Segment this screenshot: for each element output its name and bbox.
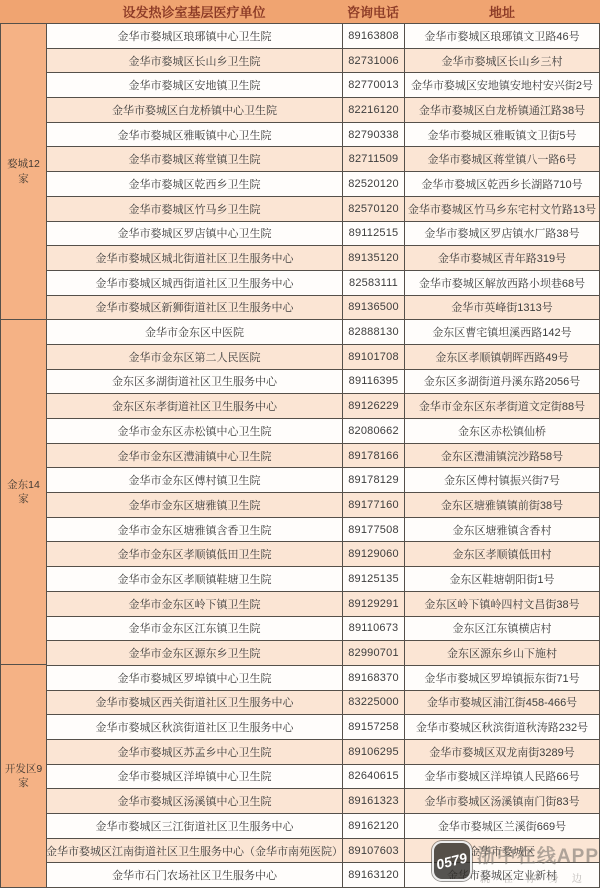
table-row: 金华市婺城区罗埠镇中心卫生院89168370金华市婺城区罗埠镇振东街71号 — [47, 666, 599, 691]
phone-cell: 89135120 — [343, 246, 405, 270]
phone-cell: 82583111 — [343, 271, 405, 295]
phone-cell: 82790338 — [343, 123, 405, 147]
table-row: 金华市金东区塘雅镇卫生院89177160金东区塘雅镇镇前街38号 — [47, 493, 599, 518]
table-row: 金华市金东区江东镇卫生院89110673金东区江东镇横店村 — [47, 617, 599, 642]
address-cell: 金东区曹宅镇坦溪西路142号 — [405, 320, 599, 344]
table-row: 金华市婺城区雅畈镇中心卫生院82790338金华市婺城区雅畈镇文卫街5号 — [47, 123, 599, 148]
table-row: 金华市婺城区西关街道社区卫生服务中心83225000金华市婺城区浦江街458-4… — [47, 691, 599, 716]
unit-name-cell: 金华市婺城区蒋堂镇卫生院 — [47, 147, 343, 171]
table-row: 金华市婺城区琅琊镇中心卫生院89163808金华市婺城区琅琊镇文卫路46号 — [47, 24, 599, 49]
phone-cell: 89101708 — [343, 345, 405, 369]
unit-name-cell: 金华市婺城区白龙桥镇中心卫生院 — [47, 98, 343, 122]
unit-name-cell: 金华市婺城区三江街道社区卫生服务中心 — [47, 814, 343, 838]
phone-cell: 89110673 — [343, 617, 405, 641]
address-cell: 金华市婺城区解放西路小坝巷68号 — [405, 271, 599, 295]
table-row: 金华市金东区岭下镇卫生院89129291金东区岭下镇岭四村文昌街38号 — [47, 592, 599, 617]
unit-name-cell: 金华市婺城区罗店镇中心卫生院 — [47, 222, 343, 246]
unit-name-cell: 金华市婺城区秋滨街道社区卫生服务中心 — [47, 715, 343, 739]
phone-cell: 89129060 — [343, 542, 405, 566]
address-cell: 金东区塘雅镇镇前街38号 — [405, 493, 599, 517]
table-row: 金华市婺城区汤溪镇中心卫生院89161323金华市婺城区汤溪镇南门街83号 — [47, 789, 599, 814]
unit-name-cell: 金华市婺城区琅琊镇中心卫生院 — [47, 24, 343, 48]
unit-name-cell: 金华市金东区中医院 — [47, 320, 343, 344]
unit-name-cell: 金华市婺城区西关街道社区卫生服务中心 — [47, 691, 343, 715]
unit-name-cell: 金华市婺城区城北街道社区卫生服务中心 — [47, 246, 343, 270]
phone-cell: 82640615 — [343, 765, 405, 789]
table-body: 婺城12家金东14家开发区9家 金华市婺城区琅琊镇中心卫生院89163808金华… — [0, 24, 600, 888]
phone-cell: 82080662 — [343, 419, 405, 443]
address-cell: 金东区澧浦镇浣沙路58号 — [405, 444, 599, 468]
unit-name-cell: 金华市金东区源东乡卫生院 — [47, 641, 343, 665]
unit-name-cell: 金华市金东区第二人民医院 — [47, 345, 343, 369]
phone-cell: 89177508 — [343, 518, 405, 542]
unit-name-cell: 金华市金东区塘雅镇卫生院 — [47, 493, 343, 517]
address-cell: 金华市婺城区兰溪街669号 — [405, 814, 599, 838]
table-row: 金华市金东区澧浦镇中心卫生院89178166金东区澧浦镇浣沙路58号 — [47, 444, 599, 469]
header-group-cell — [0, 0, 46, 23]
table-row: 金华市婺城区白龙桥镇中心卫生院82216120金华市婺城区白龙桥镇通江路38号 — [47, 98, 599, 123]
address-cell: 金华市婺城区罗埠镇振东街71号 — [405, 666, 599, 690]
fever-clinic-table-page: 设发热诊室基层医疗单位 咨询电话 地址 婺城12家金东14家开发区9家 金华市婺… — [0, 0, 600, 888]
group-label: 婺城12家 — [1, 24, 46, 320]
address-cell: 金华市金东区东孝街道文定街88号 — [405, 394, 599, 418]
unit-name-cell: 金华市金东区江东镇卫生院 — [47, 617, 343, 641]
address-cell: 金华市婺城区雅畈镇文卫街5号 — [405, 123, 599, 147]
phone-cell: 89112515 — [343, 222, 405, 246]
address-cell: 金东区塘雅镇含香村 — [405, 518, 599, 542]
address-cell: 金东区源东乡山下施村 — [405, 641, 599, 665]
table-row: 金华市婺城区竹马乡卫生院82570120金华市婺城区竹马乡东宅村文竹路13号 — [47, 197, 599, 222]
header-unit: 设发热诊室基层医疗单位 — [46, 0, 342, 23]
address-cell: 金华市婺城区蒋堂镇八一路6号 — [405, 147, 599, 171]
table-row: 金华市婺城区洋埠镇中心卫生院82640615金华市婺城区洋埠镇人民路66号 — [47, 765, 599, 790]
table-row: 金华市婺城区城西街道社区卫生服务中心82583111金华市婺城区解放西路小坝巷6… — [47, 271, 599, 296]
address-cell: 金华市婺城区长山乡三村 — [405, 49, 599, 73]
unit-name-cell: 金华市婺城区雅畈镇中心卫生院 — [47, 123, 343, 147]
phone-cell: 89177160 — [343, 493, 405, 517]
group-column: 婺城12家金东14家开发区9家 — [1, 24, 47, 887]
unit-name-cell: 金东区东孝街道社区卫生服务中心 — [47, 394, 343, 418]
table-row: 金华市婺城区城北街道社区卫生服务中心89135120金华市婺城区青年路319号 — [47, 246, 599, 271]
unit-name-cell: 金华市婺城区江南街道社区卫生服务中心（金华市南苑医院） — [47, 839, 343, 863]
table-row: 金东区多湖街道社区卫生服务中心89116395金东区多湖街道丹溪东路2056号 — [47, 370, 599, 395]
unit-name-cell: 金华市婺城区洋埠镇中心卫生院 — [47, 765, 343, 789]
unit-name-cell: 金华市婺城区城西街道社区卫生服务中心 — [47, 271, 343, 295]
phone-cell: 82990701 — [343, 641, 405, 665]
phone-cell: 82570120 — [343, 197, 405, 221]
table-row: 金华市婺城区安地镇卫生院82770013金华市婺城区安地镇安地村安兴街2号 — [47, 73, 599, 98]
table-row: 金华市婺城区长山乡卫生院82731006金华市婺城区长山乡三村 — [47, 49, 599, 74]
table-row: 金华市婺城区罗店镇中心卫生院89112515金华市婺城区罗店镇水厂路38号 — [47, 222, 599, 247]
address-cell: 金华市婺城区定业新村 — [405, 863, 599, 887]
phone-cell: 89163808 — [343, 24, 405, 48]
phone-cell: 89136500 — [343, 296, 405, 320]
phone-cell: 89126229 — [343, 394, 405, 418]
group-label: 金东14家 — [1, 320, 46, 665]
table-row: 金华市金东区第二人民医院89101708金东区孝顺镇朝晖西路49号 — [47, 345, 599, 370]
table-row: 金华市婺城区乾西乡卫生院82520120金华市婺城区乾西乡长湖路710号 — [47, 172, 599, 197]
address-cell: 金东区孝顺镇低田村 — [405, 542, 599, 566]
phone-cell: 89116395 — [343, 370, 405, 394]
phone-cell: 89168370 — [343, 666, 405, 690]
table-row: 金华市婺城区江南街道社区卫生服务中心（金华市南苑医院）89107603金华市婺城… — [47, 839, 599, 864]
address-cell: 金东区岭下镇岭四村文昌街38号 — [405, 592, 599, 616]
unit-name-cell: 金华市金东区岭下镇卫生院 — [47, 592, 343, 616]
phone-cell: 82770013 — [343, 73, 405, 97]
address-cell: 金华市婺城区青年路319号 — [405, 246, 599, 270]
table-header: 设发热诊室基层医疗单位 咨询电话 地址 — [0, 0, 600, 24]
header-address: 地址 — [404, 0, 600, 23]
address-cell: 金东区江东镇横店村 — [405, 617, 599, 641]
unit-name-cell: 金华市婺城区乾西乡卫生院 — [47, 172, 343, 196]
address-cell: 金东区傅村镇振兴街7号 — [405, 468, 599, 492]
unit-name-cell: 金华市婺城区新狮街道社区卫生服务中心 — [47, 296, 343, 320]
unit-name-cell: 金华市金东区塘雅镇含香卫生院 — [47, 518, 343, 542]
address-cell: 金东区赤松镇仙桥 — [405, 419, 599, 443]
phone-cell: 82731006 — [343, 49, 405, 73]
table-row: 金华市婺城区三江街道社区卫生服务中心89162120金华市婺城区兰溪街669号 — [47, 814, 599, 839]
unit-name-cell: 金东区多湖街道社区卫生服务中心 — [47, 370, 343, 394]
table-row: 金华市婺城区秋滨街道社区卫生服务中心89157258金华市婺城区秋滨街道秋涛路2… — [47, 715, 599, 740]
group-label: 开发区9家 — [1, 665, 46, 887]
phone-cell: 89157258 — [343, 715, 405, 739]
table-row: 金华市金东区源东乡卫生院82990701金东区源东乡山下施村 — [47, 641, 599, 666]
phone-cell: 89106295 — [343, 740, 405, 764]
unit-name-cell: 金华市婺城区长山乡卫生院 — [47, 49, 343, 73]
phone-cell: 89107603 — [343, 839, 405, 863]
phone-cell: 82216120 — [343, 98, 405, 122]
table-row: 金华市金东区傅村镇卫生院89178129金东区傅村镇振兴街7号 — [47, 468, 599, 493]
table-row: 金华市婺城区蒋堂镇卫生院82711509金华市婺城区蒋堂镇八一路6号 — [47, 147, 599, 172]
address-cell: 金华市婺城区乾西乡长湖路710号 — [405, 172, 599, 196]
address-cell: 金华市婺城区竹马乡东宅村文竹路13号 — [405, 197, 599, 221]
phone-cell: 89163120 — [343, 863, 405, 887]
unit-name-cell: 金华市金东区孝顺镇低田卫生院 — [47, 542, 343, 566]
table-row: 金东区东孝街道社区卫生服务中心89126229金华市金东区东孝街道文定街88号 — [47, 394, 599, 419]
table-row: 金华市金东区孝顺镇鞋塘卫生院89125135金东区鞋塘朝阳街1号 — [47, 567, 599, 592]
unit-name-cell: 金华市金东区孝顺镇鞋塘卫生院 — [47, 567, 343, 591]
address-cell: 金华市婺城区琅琊镇文卫路46号 — [405, 24, 599, 48]
address-cell: 金东区鞋塘朝阳街1号 — [405, 567, 599, 591]
address-cell: 金华市婺城区双龙南街3289号 — [405, 740, 599, 764]
unit-name-cell: 金华市金东区傅村镇卫生院 — [47, 468, 343, 492]
unit-name-cell: 金华市婺城区竹马乡卫生院 — [47, 197, 343, 221]
unit-name-cell: 金华市婺城区汤溪镇中心卫生院 — [47, 789, 343, 813]
address-cell: 金华市婺城区白龙桥镇通江路38号 — [405, 98, 599, 122]
table-row: 金华市婺城区新狮街道社区卫生服务中心89136500金华市英峰街1313号 — [47, 296, 599, 321]
unit-name-cell: 金华市金东区赤松镇中心卫生院 — [47, 419, 343, 443]
phone-cell: 82888130 — [343, 320, 405, 344]
address-cell: 金华市婺城区安地镇安地村安兴街2号 — [405, 73, 599, 97]
header-phone: 咨询电话 — [342, 0, 404, 23]
address-cell: 金华市婺城区洋埠镇人民路66号 — [405, 765, 599, 789]
address-cell: 金华市婺城区罗店镇水厂路38号 — [405, 222, 599, 246]
table-row: 金华市金东区中医院82888130金东区曹宅镇坦溪西路142号 — [47, 320, 599, 345]
address-cell: 金华市婺城区秋滨街道秋涛路232号 — [405, 715, 599, 739]
unit-name-cell: 金华市金东区澧浦镇中心卫生院 — [47, 444, 343, 468]
address-cell: 金东区孝顺镇朝晖西路49号 — [405, 345, 599, 369]
phone-cell: 89178166 — [343, 444, 405, 468]
address-cell: 金华市婺城区汤溪镇南门街83号 — [405, 789, 599, 813]
phone-cell: 89129291 — [343, 592, 405, 616]
table-row: 金华市金东区塘雅镇含香卫生院89177508金东区塘雅镇含香村 — [47, 518, 599, 543]
table-row: 金华市婺城区苏孟乡中心卫生院89106295金华市婺城区双龙南街3289号 — [47, 740, 599, 765]
unit-name-cell: 金华市石门农场社区卫生服务中心 — [47, 863, 343, 887]
unit-name-cell: 金华市婺城区苏孟乡中心卫生院 — [47, 740, 343, 764]
address-cell: 金华市婺城区 — [405, 839, 599, 863]
phone-cell: 89125135 — [343, 567, 405, 591]
table-row: 金华市石门农场社区卫生服务中心89163120金华市婺城区定业新村 — [47, 863, 599, 887]
address-cell: 金东区多湖街道丹溪东路2056号 — [405, 370, 599, 394]
phone-cell: 83225000 — [343, 691, 405, 715]
table-row: 金华市金东区赤松镇中心卫生院82080662金东区赤松镇仙桥 — [47, 419, 599, 444]
phone-cell: 82520120 — [343, 172, 405, 196]
address-cell: 金华市英峰街1313号 — [405, 296, 599, 320]
phone-cell: 89178129 — [343, 468, 405, 492]
rows-container: 金华市婺城区琅琊镇中心卫生院89163808金华市婺城区琅琊镇文卫路46号金华市… — [47, 24, 599, 887]
phone-cell: 82711509 — [343, 147, 405, 171]
phone-cell: 89161323 — [343, 789, 405, 813]
phone-cell: 89162120 — [343, 814, 405, 838]
table-row: 金华市金东区孝顺镇低田卫生院89129060金东区孝顺镇低田村 — [47, 542, 599, 567]
unit-name-cell: 金华市婺城区罗埠镇中心卫生院 — [47, 666, 343, 690]
unit-name-cell: 金华市婺城区安地镇卫生院 — [47, 73, 343, 97]
address-cell: 金华市婺城区浦江街458-466号 — [405, 691, 599, 715]
